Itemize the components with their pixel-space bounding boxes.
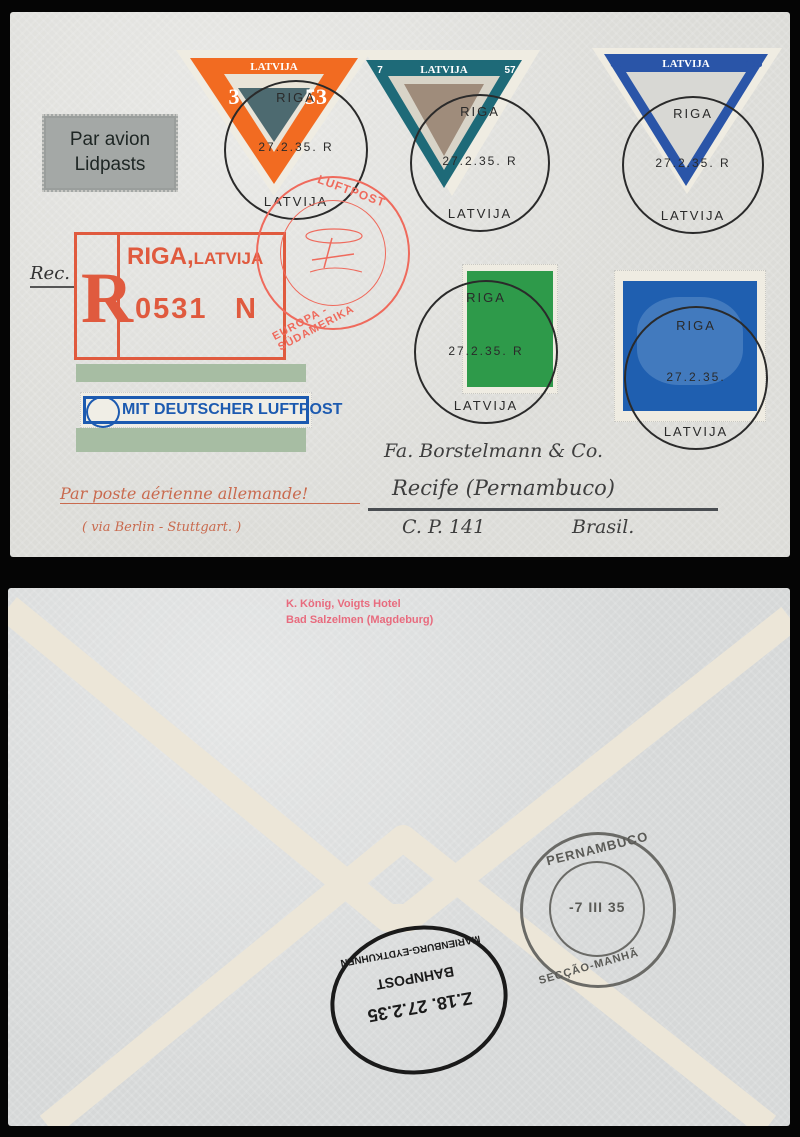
handwritten-airmail-note: Par poste aérienne allemande!: [60, 484, 360, 504]
luftpost-backing-bottom: [76, 428, 306, 452]
lufthansa-crane-icon: [86, 396, 120, 428]
address-line3-right: Brasil.: [572, 516, 634, 538]
address-line3-left: C. P. 141: [402, 516, 485, 538]
registration-label: R RIGA,LATVIJA 0531 N: [74, 232, 286, 360]
svg-text:35: 35: [610, 59, 622, 70]
registration-number: 0531: [135, 293, 208, 326]
luftpost-label: MIT DEUTSCHER LUFTPOST: [80, 392, 312, 428]
address-line2: Recife (Pernambuco): [392, 476, 615, 500]
postmark-riga-5: RIGA 27.2.35. LATVIJA: [624, 306, 768, 450]
registration-letter: R: [81, 257, 133, 340]
registration-suffix: N: [235, 293, 256, 326]
airmail-label-line2: Lidpasts: [44, 152, 176, 177]
sender-stamp: K. König, Voigts Hotel Bad Salzelmen (Ma…: [286, 596, 433, 628]
airmail-label-line1: Par avion: [44, 127, 176, 152]
address-underline: [368, 508, 718, 511]
svg-text:LATVIJA: LATVIJA: [420, 64, 468, 76]
svg-text:135: 135: [746, 59, 763, 70]
rec-note: Rec.: [30, 263, 74, 288]
svg-text:57: 57: [504, 65, 516, 76]
svg-text:LATVIJA: LATVIJA: [662, 58, 710, 70]
postmark-riga-2: RIGA 27.2.35. R LATVIJA: [410, 94, 550, 232]
address-line1: Fa. Borstelmann & Co.: [384, 440, 603, 462]
postmark-riga-3: RIGA 27.2.35. R LATVIJA: [622, 96, 764, 234]
stamp-country: LATVIJA: [250, 61, 298, 73]
flight-cachet: LUFTPOST EUROPA - SÜDAMERIKA: [256, 176, 410, 330]
svg-text:7: 7: [377, 65, 383, 76]
airmail-label: Par avion Lidpasts: [42, 114, 178, 192]
luftpost-backing-top: [76, 364, 306, 382]
postmark-riga-4: RIGA 27.2.35. R LATVIJA: [414, 280, 558, 424]
arrival-postmark: PERNAMBUCO -7 III 35 SECÇÃO-MANHÃ: [520, 832, 676, 988]
handwritten-route-note: ( via Berlin - Stuttgart. ): [82, 520, 241, 535]
airplane-icon: [302, 220, 366, 280]
registration-city: RIGA,LATVIJA: [127, 243, 263, 271]
